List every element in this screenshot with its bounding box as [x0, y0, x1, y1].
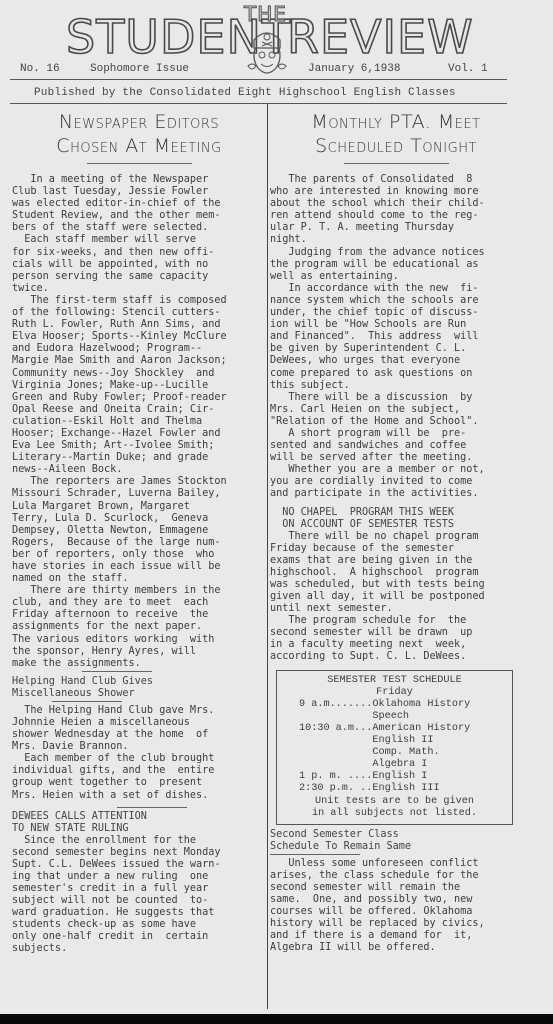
issue-info-row: No. 16 Sophomore Issue January 6,1938 Vo… — [20, 63, 506, 77]
title-review: REVIEW — [287, 14, 474, 60]
article-end-rule — [82, 671, 152, 672]
editors-headline: Newspaper Editors Chosen At Meeting — [12, 110, 266, 158]
schedule-entry: 10:30 a.m...American History — [277, 723, 512, 735]
left-column: Newspaper Editors Chosen At Meeting In a… — [12, 110, 266, 956]
headline-line-1: Monthly PTA. Meet — [270, 110, 522, 134]
class-schedule-article: Unless some unforeseen conflict arises, … — [270, 858, 522, 955]
issue-date: January 6,1938 — [308, 63, 400, 75]
schedule-entry: Comp. Math. — [277, 747, 512, 759]
title-the: THE — [244, 2, 287, 26]
schedule-entry: Algebra I — [277, 759, 512, 771]
volume: Vol. 1 — [448, 63, 488, 75]
subhead-rule — [270, 854, 360, 855]
chapel-headline: NO CHAPEL PROGRAM THIS WEEK ON ACCOUNT O… — [270, 507, 522, 531]
schedule-entry: 2:30 p.m. ..English III — [277, 783, 512, 795]
issue-number: No. 16 — [20, 63, 60, 75]
helping-hand-headline: Helping Hand Club Gives Miscellaneous Sh… — [12, 676, 266, 700]
masthead-rule-bottom — [10, 103, 507, 104]
dewees-headline: DEWEES CALLS ATTENTION TO NEW STATE RULI… — [12, 811, 266, 835]
editors-article: In a meeting of the Newspaper Club last … — [12, 174, 266, 670]
headline-line-1: Newspaper Editors — [12, 110, 266, 134]
schedule-note: Unit tests are to be given in all subjec… — [277, 796, 512, 820]
right-column: Monthly PTA. Meet Scheduled Tonight The … — [270, 110, 522, 954]
headline-line-2: Chosen At Meeting — [12, 134, 266, 158]
dewees-article: Since the enrollment for the second seme… — [12, 835, 266, 956]
schedule-day: Friday — [277, 687, 512, 699]
subhead-rule — [52, 701, 122, 702]
publisher-line: Published by the Consolidated Eight High… — [34, 87, 456, 99]
article-end-rule — [117, 807, 187, 808]
scan-edge — [0, 1014, 553, 1024]
schedule-title: SEMESTER TEST SCHEDULE — [277, 675, 512, 687]
schedule-entries: 9 a.m.......Oklahoma History Speech10:30… — [277, 699, 512, 796]
schedule-entry: Speech — [277, 711, 512, 723]
schedule-entry: 1 p. m. ....English I — [277, 771, 512, 783]
class-schedule-headline: Second Semester Class Schedule To Remain… — [270, 829, 522, 853]
schedule-entry: 9 a.m.......Oklahoma History — [277, 699, 512, 711]
pta-article: The parents of Consolidated 8 who are in… — [270, 174, 522, 501]
schedule-entry: English II — [277, 735, 512, 747]
issue-name: Sophomore Issue — [90, 63, 189, 75]
helping-hand-article: The Helping Hand Club gave Mrs. Johnnie … — [12, 705, 266, 802]
masthead-rule-top — [10, 79, 507, 80]
test-schedule-box: SEMESTER TEST SCHEDULE Friday 9 a.m.....… — [276, 670, 513, 825]
column-divider — [267, 104, 268, 1009]
headline-rule — [87, 163, 192, 164]
headline-rule — [344, 163, 449, 164]
masthead: STUDENT THE REVIEW No. 16 Sophomore Issu… — [0, 0, 553, 100]
chapel-article: There will be no chapel program Friday b… — [270, 531, 522, 664]
headline-line-2: Scheduled Tonight — [270, 134, 522, 158]
pta-headline: Monthly PTA. Meet Scheduled Tonight — [270, 110, 522, 158]
newspaper-page: STUDENT THE REVIEW No. 16 Sophomore Issu… — [0, 0, 553, 1014]
